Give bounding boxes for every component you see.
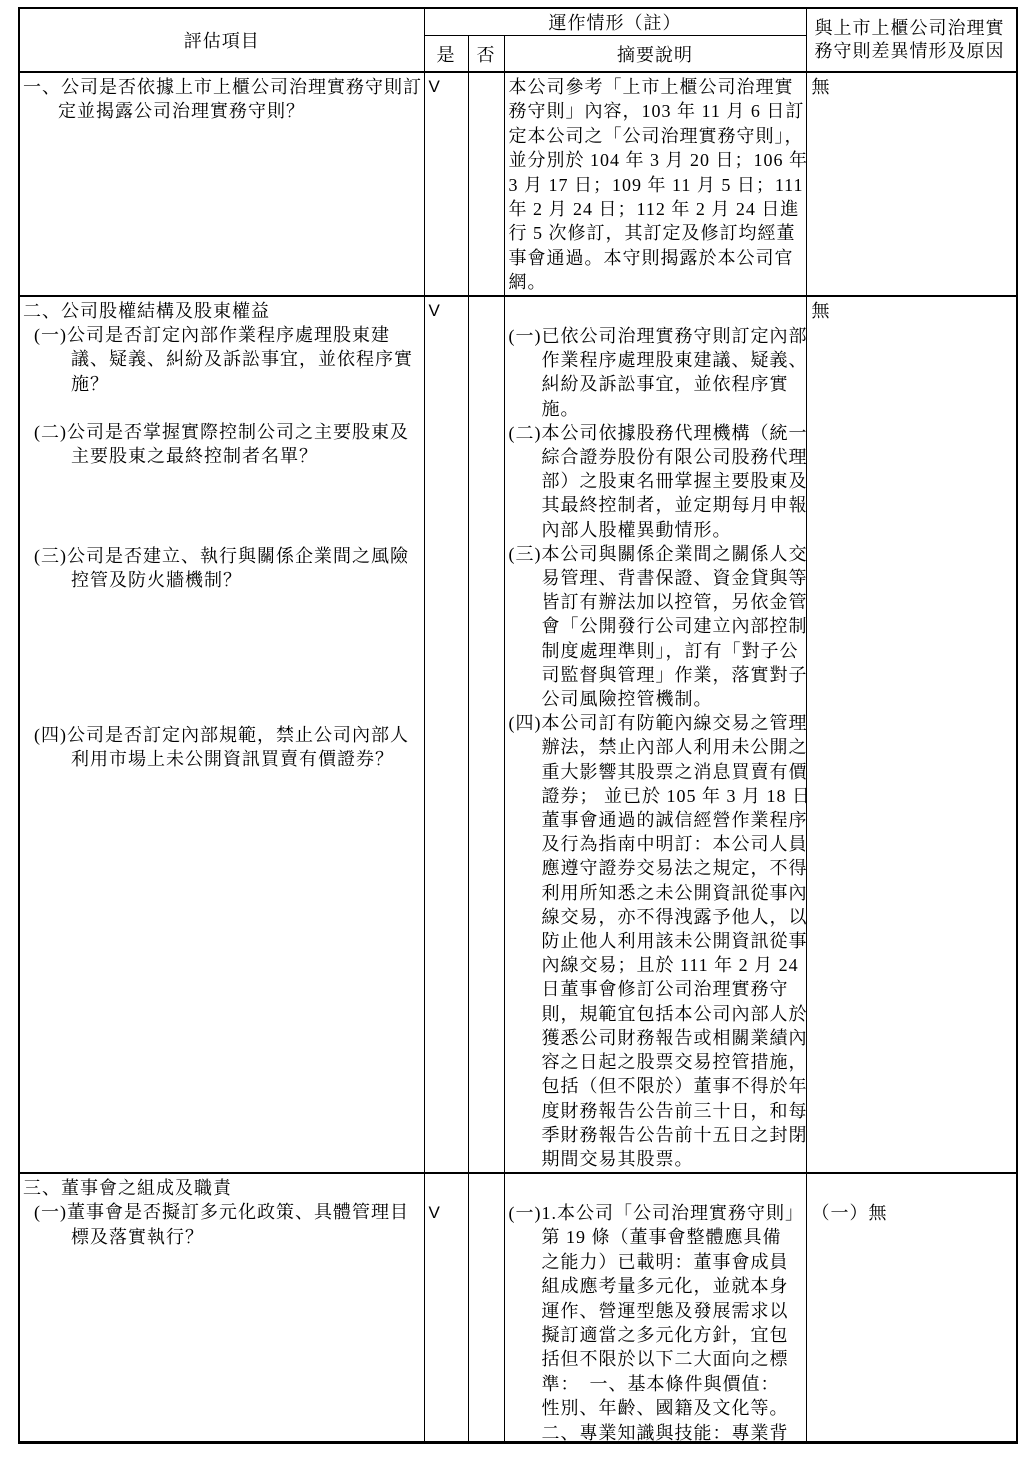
header-yes: 是 bbox=[424, 36, 468, 73]
assessment-item-cell: 三、董事會之組成及職責 (一)董事會是否擬訂多元化政策、具體管理目 標及落實執行… bbox=[19, 1173, 424, 1443]
summary-paragraph: (二)本公司依據股務代理機構（統一 綜合證券股份有限公司股務代理 部）之股東名冊… bbox=[509, 421, 804, 542]
header-summary: 摘要說明 bbox=[504, 36, 806, 73]
summary-paragraph: 本公司參考「上市上櫃公司治理實 務守則」內容，103 年 11 月 6 日訂 定… bbox=[509, 75, 804, 295]
yes-cell: V bbox=[424, 296, 468, 1173]
summary-paragraph: (一)1.本公司「公司治理實務守則」 第 19 條（董事會整體應具備 之能力）已… bbox=[509, 1201, 804, 1441]
item-paragraph: (四)公司是否訂定內部規範，禁止公司內部人 利用市場上未公開資訊買賣有價證券？ bbox=[34, 723, 422, 771]
header-assessment-item: 評估項目 bbox=[19, 8, 424, 72]
summary-cell: (一)1.本公司「公司治理實務守則」 第 19 條（董事會整體應具備 之能力）已… bbox=[504, 1173, 806, 1443]
no-cell bbox=[468, 296, 504, 1173]
assessment-item-cell: 二、公司股權結構及股東權益 (一)公司是否訂定內部作業程序處理股東建 議、疑義、… bbox=[19, 296, 424, 1173]
item-paragraph: 二、公司股權結構及股東權益 bbox=[23, 299, 422, 323]
deviation-cell: （一）無 bbox=[806, 1173, 1017, 1443]
item-paragraph: (二)公司是否掌握實際控制公司之主要股東及 主要股東之最終控制者名單？ bbox=[34, 420, 422, 468]
item-paragraph: (三)公司是否建立、執行與關係企業間之風險 控管及防火牆機制？ bbox=[34, 544, 422, 592]
deviation-text: 無 bbox=[812, 299, 1015, 323]
assessment-item-cell: 一、公司是否依據上市上櫃公司治理實務守則訂 定並揭露公司治理實務守則？ bbox=[19, 72, 424, 296]
summary-paragraph: (四)本公司訂有防範內線交易之管理 辦法，禁止內部人利用未公開之 重大影響其股票… bbox=[509, 711, 804, 1171]
summary-paragraph: (三)本公司與關係企業間之關係人交 易管理、背書保證、資金貸與等 皆訂有辦法加以… bbox=[509, 542, 804, 711]
no-cell bbox=[468, 1173, 504, 1443]
yes-cell: V bbox=[424, 1173, 468, 1443]
yes-checkmark: V bbox=[429, 75, 466, 99]
item-paragraph: 三、董事會之組成及職責 bbox=[23, 1176, 422, 1200]
deviation-text: 無 bbox=[812, 75, 1015, 99]
deviation-cell: 無 bbox=[806, 296, 1017, 1173]
item-paragraph: (一)公司是否訂定內部作業程序處理股東建 議、疑義、糾紛及訴訟事宜，並依程序實 … bbox=[34, 323, 422, 396]
deviation-cell: 無 bbox=[806, 72, 1017, 296]
table-row-2: 二、公司股權結構及股東權益 (一)公司是否訂定內部作業程序處理股東建 議、疑義、… bbox=[19, 296, 1017, 1173]
summary-cell: 本公司參考「上市上櫃公司治理實 務守則」內容，103 年 11 月 6 日訂 定… bbox=[504, 72, 806, 296]
table-row-3: 三、董事會之組成及職責 (一)董事會是否擬訂多元化政策、具體管理目 標及落實執行… bbox=[19, 1173, 1017, 1443]
deviation-text: （一）無 bbox=[812, 1201, 1015, 1225]
yes-checkmark: V bbox=[429, 299, 466, 323]
governance-assessment-table: 評估項目 運作情形（註） 與上市上櫃公司治理實 務守則差異情形及原因 是 否 摘… bbox=[18, 7, 1018, 1444]
header-deviation-reason: 與上市上櫃公司治理實 務守則差異情形及原因 bbox=[806, 8, 1017, 72]
header-operation-status: 運作情形（註） bbox=[424, 8, 806, 36]
summary-cell: (一)已依公司治理實務守則訂定內部 作業程序處理股東建議、疑義、 糾紛及訴訟事宜… bbox=[504, 296, 806, 1173]
yes-checkmark: V bbox=[429, 1201, 466, 1225]
yes-cell: V bbox=[424, 72, 468, 296]
summary-paragraph: (一)已依公司治理實務守則訂定內部 作業程序處理股東建議、疑義、 糾紛及訴訟事宜… bbox=[509, 324, 804, 421]
table-row-1: 一、公司是否依據上市上櫃公司治理實務守則訂 定並揭露公司治理實務守則？ V 本公… bbox=[19, 72, 1017, 296]
item-paragraph: 一、公司是否依據上市上櫃公司治理實務守則訂 定並揭露公司治理實務守則？ bbox=[23, 75, 422, 124]
no-cell bbox=[468, 72, 504, 296]
header-no: 否 bbox=[468, 36, 504, 73]
item-paragraph: (一)董事會是否擬訂多元化政策、具體管理目 標及落實執行？ bbox=[34, 1200, 422, 1249]
